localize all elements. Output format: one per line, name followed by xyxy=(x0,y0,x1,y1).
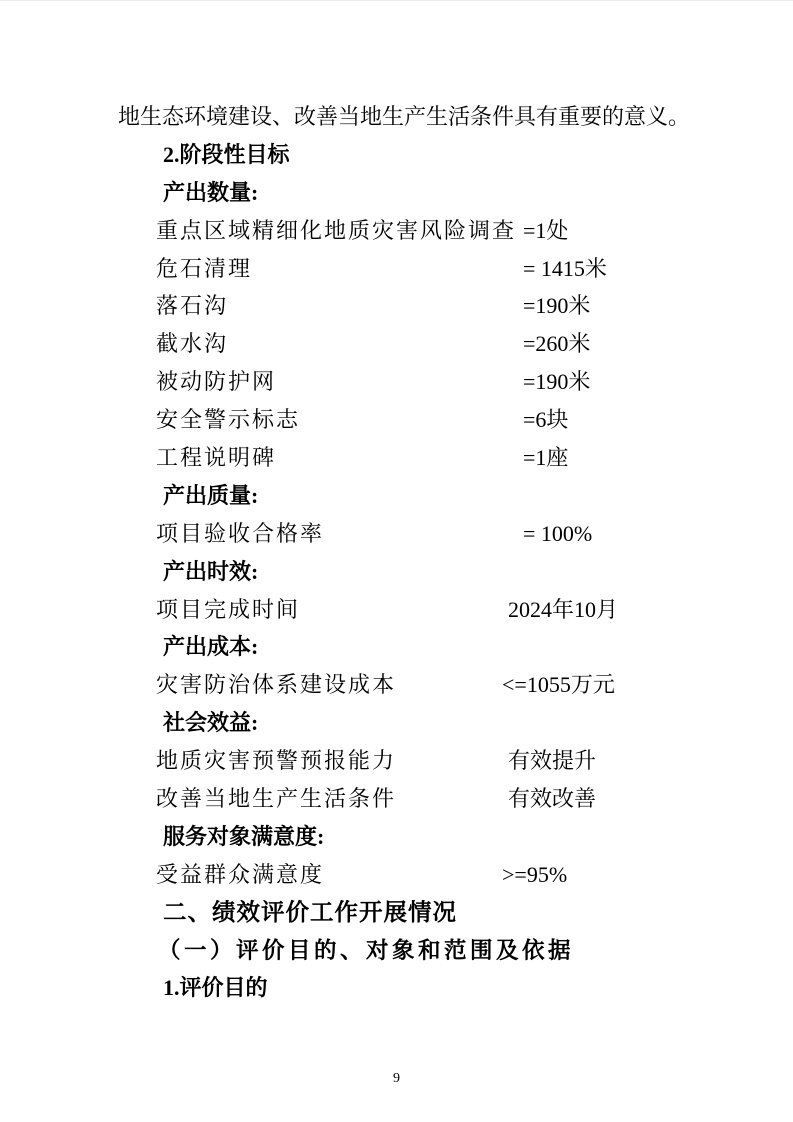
indicator-value: = 1415米 xyxy=(523,250,607,288)
section2-heading: 二、绩效评价工作开展情况 xyxy=(118,894,678,932)
indicator-row: 落石沟 =190米 xyxy=(118,287,678,325)
indicator-value: =190米 xyxy=(523,287,590,325)
indicator-value: =190米 xyxy=(523,363,590,401)
indicator-value: =260米 xyxy=(523,325,590,363)
indicator-label: 项目验收合格率 xyxy=(156,521,324,546)
section2-sub-heading: （一）评价目的、对象和范围及依据 xyxy=(118,932,678,970)
indicator-value: = 100% xyxy=(523,515,592,553)
indicator-value: 2024年10月 xyxy=(508,591,618,629)
group-title-output-quantity: 产出数量: xyxy=(118,174,678,212)
group-title-social-benefit: 社会效益: xyxy=(118,704,678,742)
indicator-value: 有效提升 xyxy=(508,742,596,780)
indicator-row: 重点区域精细化地质灾害风险调查 =1处 xyxy=(118,212,678,250)
indicator-row: 项目完成时间 2024年10月 xyxy=(118,591,678,629)
group-title-output-quality: 产出质量: xyxy=(118,477,678,515)
indicator-row: 地质灾害预警预报能力 有效提升 xyxy=(118,742,678,780)
indicator-row: 安全警示标志 =6块 xyxy=(118,401,678,439)
indicator-label: 受益群众满意度 xyxy=(156,862,324,887)
indicator-label: 地质灾害预警预报能力 xyxy=(156,748,396,773)
section2-point-heading: 1.评价目的 xyxy=(118,969,678,1007)
indicator-label: 改善当地生产生活条件 xyxy=(156,786,396,811)
indicator-label: 安全警示标志 xyxy=(156,407,300,432)
indicator-label: 工程说明碑 xyxy=(156,445,276,470)
indicator-row: 被动防护网 =190米 xyxy=(118,363,678,401)
indicator-row: 灾害防治体系建设成本 <=1055万元 xyxy=(118,666,678,704)
indicator-value: =1座 xyxy=(523,439,568,477)
stage-goal-heading: 2.阶段性目标 xyxy=(118,136,678,174)
group-title-output-cost: 产出成本: xyxy=(118,628,678,666)
indicator-label: 危石清理 xyxy=(156,256,252,281)
indicator-value: =6块 xyxy=(523,401,568,439)
document-page: 地生态环境建设、改善当地生产生活条件具有重要的意义。 2.阶段性目标 产出数量:… xyxy=(0,0,793,1122)
indicator-row: 受益群众满意度 >=95% xyxy=(118,856,678,894)
indicator-label: 被动防护网 xyxy=(156,369,276,394)
indicator-row: 项目验收合格率 = 100% xyxy=(118,515,678,553)
indicator-label: 灾害防治体系建设成本 xyxy=(156,672,396,697)
indicator-label: 项目完成时间 xyxy=(156,597,300,622)
indicator-row: 危石清理 = 1415米 xyxy=(118,250,678,288)
indicator-value: =1处 xyxy=(523,212,568,250)
indicator-value: >=95% xyxy=(502,856,567,894)
paragraph-continuation: 地生态环境建设、改善当地生产生活条件具有重要的意义。 xyxy=(118,98,678,136)
page-number: 9 xyxy=(0,1071,793,1087)
indicator-value: 有效改善 xyxy=(508,780,596,818)
indicator-label: 重点区域精细化地质灾害风险调查 xyxy=(156,218,516,243)
group-title-output-timeliness: 产出时效: xyxy=(118,553,678,591)
indicator-label: 截水沟 xyxy=(156,331,228,356)
indicator-value: <=1055万元 xyxy=(502,666,615,704)
page-content: 地生态环境建设、改善当地生产生活条件具有重要的意义。 2.阶段性目标 产出数量:… xyxy=(118,98,678,1007)
indicator-label: 落石沟 xyxy=(156,293,228,318)
indicator-row: 改善当地生产生活条件 有效改善 xyxy=(118,780,678,818)
indicator-row: 工程说明碑 =1座 xyxy=(118,439,678,477)
indicator-row: 截水沟 =260米 xyxy=(118,325,678,363)
group-title-satisfaction: 服务对象满意度: xyxy=(118,818,678,856)
